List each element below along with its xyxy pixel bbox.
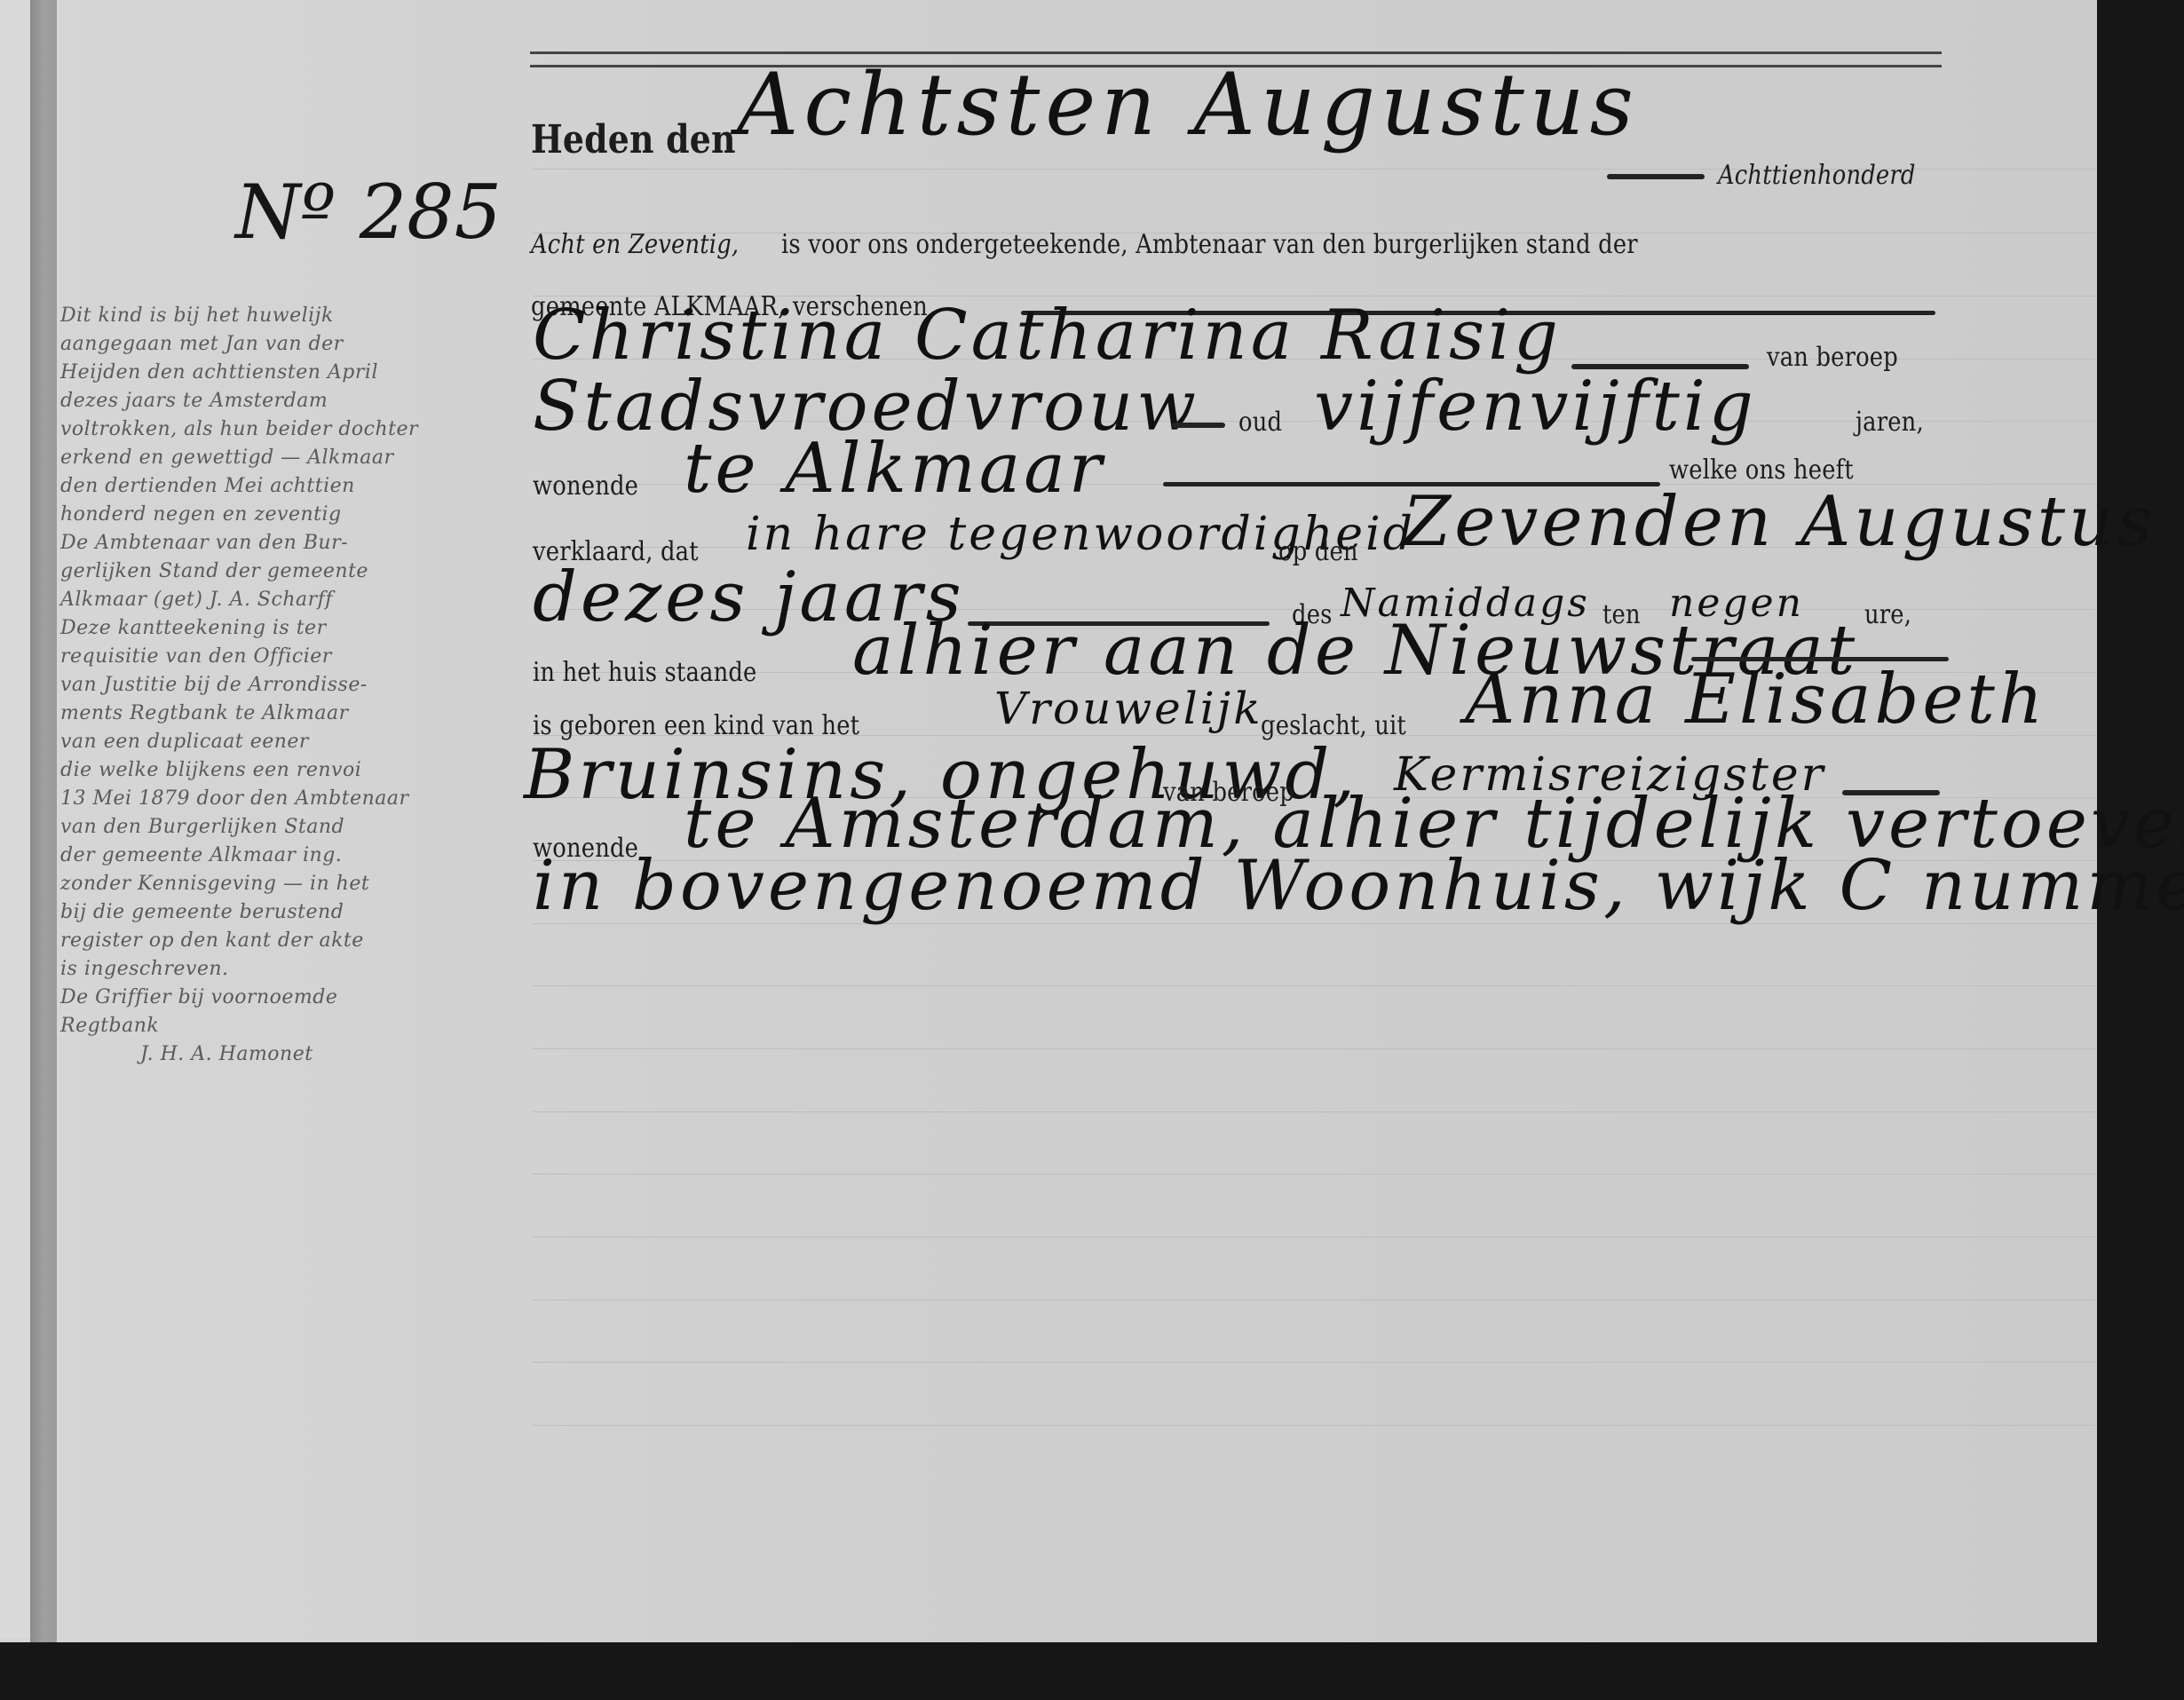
printed-line-2: Acht en Zeventig, is voor ons ondergetee… — [531, 229, 1777, 261]
registration-number: Nº 285 — [235, 169, 502, 256]
declarant-name: Christina Catharina Raisig — [533, 296, 1562, 376]
register-page: Nº 285 Dit kind is bij het huwelijk aang… — [0, 0, 2097, 1642]
printed-year: Achttienhonderd — [1718, 160, 1916, 192]
mother-address: in bovengenoemd Woonhuis, wijk C nummer … — [533, 846, 2184, 926]
facing-page-edge — [0, 0, 30, 1638]
mother-first-names: Anna Elisabeth — [1465, 660, 2046, 739]
date-line: Heden den — [531, 124, 769, 161]
margin-annotation: Dit kind is bij het huwelijk aangegaan m… — [60, 302, 531, 1069]
book-binding-gutter — [30, 0, 57, 1642]
declarant-age: vijfenvijftig — [1314, 367, 1757, 447]
declarant-residence: te Alkmaar — [684, 429, 1105, 509]
birth-date: Zevenden Augustus — [1403, 482, 2156, 562]
handwritten-date: Achtsten Augustus — [737, 55, 1639, 154]
child-sex: Vrouwelijk — [994, 683, 1263, 734]
printed-heden-den: Heden den — [531, 124, 736, 161]
